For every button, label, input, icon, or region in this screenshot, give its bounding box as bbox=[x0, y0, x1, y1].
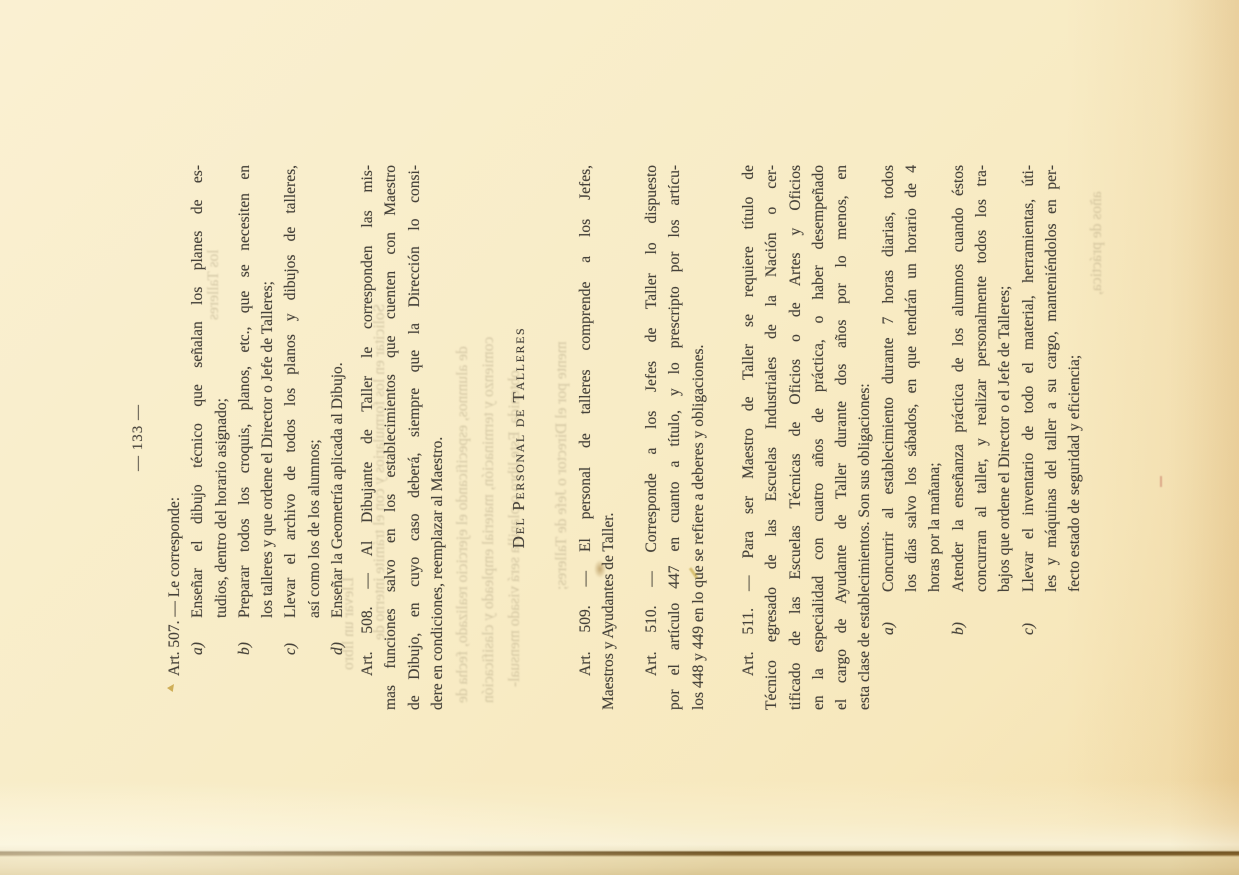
stain bbox=[1160, 476, 1162, 487]
text-line: c)Llevar el inventario de todo el materi… bbox=[1017, 165, 1040, 710]
item-marker: a) bbox=[877, 592, 900, 635]
ghost-text: Llevar un libro bbox=[340, 577, 358, 670]
paragraph-art-507: Art. 507. — Le corresponde: a)Enseñar el… bbox=[163, 165, 349, 710]
line-text: Preparar todos los croquis, planos, etc.… bbox=[236, 165, 253, 618]
text-line: así como los de los alumnos; bbox=[303, 165, 326, 710]
text-line: b)Atender la enseñanza práctica de los a… bbox=[947, 165, 970, 710]
text-line: Maestros y Ayudantes de Taller. bbox=[597, 165, 620, 710]
text-line: fecto estado de seguridad y eficiencia; bbox=[1063, 165, 1086, 710]
ghost-text: mente por el Director o Jefe de Talleres… bbox=[553, 341, 571, 590]
ghost-text: obtenida. Este libro o planilla será vis… bbox=[506, 370, 524, 687]
text-line: en la especialidad con cuatro años de pr… bbox=[807, 165, 830, 710]
text-line: concurran al taller, y realizar personal… bbox=[970, 165, 993, 710]
item-marker: a) bbox=[186, 618, 209, 655]
paragraph-art-511: Art. 511. — Para ser Maestro de Taller s… bbox=[737, 165, 1086, 710]
text-line: a)Enseñar el dibujo técnico que señalan … bbox=[186, 165, 209, 710]
ghost-text: comienzo y terminación, material emplead… bbox=[480, 337, 498, 703]
text-line: les y máquinas del taller a su cargo, ma… bbox=[1040, 165, 1063, 710]
text-line: Art. 507. — Le corresponde: bbox=[163, 165, 186, 710]
line-text: Concurrir al establecimiento durante 7 h… bbox=[880, 165, 897, 592]
ghost-text: de alumnos, especificando el ejercicio r… bbox=[454, 346, 472, 703]
item-marker: c) bbox=[1017, 592, 1040, 635]
text-line: por el artículo 447 en cuanto a título, … bbox=[663, 165, 686, 710]
ghost-text: los Talleres bbox=[205, 249, 223, 320]
gutter-shadow bbox=[1169, 0, 1239, 875]
item-marker: b) bbox=[947, 592, 970, 635]
book-scan: — 133 — Art. 507. — Le corresponde: a)En… bbox=[0, 0, 1239, 875]
text-line: esta clase de establecimientos. Son sus … bbox=[853, 165, 876, 710]
text-line: tificado de las Escuelas Técnicas de Ofi… bbox=[784, 165, 807, 710]
text-line: tudios, dentro del horario asignado; bbox=[210, 165, 233, 710]
paragraph-art-510: Art. 510. — Corresponde a los Jefes de T… bbox=[640, 165, 710, 710]
text-line: los talleres y que ordene el Director o … bbox=[256, 165, 279, 710]
text-line: Art. 511. — Para ser Maestro de Taller s… bbox=[737, 165, 760, 710]
text-line: el cargo de Ayudante de Taller durante d… bbox=[830, 165, 853, 710]
text-line: bajos que ordene el Director o el Jefe d… bbox=[993, 165, 1016, 710]
text-line: Art. 510. — Corresponde a los Jefes de T… bbox=[640, 165, 663, 710]
ghost-text: Solicitar en los formularios y con el tr… bbox=[371, 304, 389, 640]
text-line: dere en condiciones, reemplazar al Maest… bbox=[426, 165, 449, 710]
page: — 133 — Art. 507. — Le corresponde: a)En… bbox=[0, 0, 1239, 875]
item-marker: c) bbox=[279, 618, 302, 655]
line-text: Atender la enseñanza práctica de los alu… bbox=[950, 165, 967, 592]
text-line: los días salvo los sábados, en que tendr… bbox=[900, 165, 923, 710]
line-text: Llevar el archivo de todos los planos y … bbox=[282, 165, 299, 618]
text-line: Art. 509. — El personal de talleres comp… bbox=[574, 165, 597, 710]
line-text: Llevar el inventario de todo el material… bbox=[1020, 165, 1037, 592]
text-line: de Dibujo, en cuyo caso deberá, siempre … bbox=[403, 165, 426, 710]
text-line: horas por la mañana; bbox=[923, 165, 946, 710]
ghost-text: años de práctica, bbox=[1088, 191, 1106, 295]
page-number: — 133 — bbox=[130, 165, 147, 710]
text-line: b)Preparar todos los croquis, planos, et… bbox=[233, 165, 256, 710]
page-bottom-edge bbox=[0, 780, 1239, 875]
paragraph-art-509: Art. 509. — El personal de talleres comp… bbox=[574, 165, 621, 710]
item-marker: b) bbox=[233, 618, 256, 655]
text-line: c)Llevar el archivo de todos los planos … bbox=[279, 165, 302, 710]
line-text: Enseñar el dibujo técnico que señalan lo… bbox=[189, 165, 206, 618]
text-line: los 448 y 449 en lo que se refiere a deb… bbox=[687, 165, 710, 710]
paragraph-art-508: Art. 508. — Al Dibujante de Taller le co… bbox=[356, 165, 449, 710]
text-line: Técnico egresado de las Escuelas Industr… bbox=[760, 165, 783, 710]
text-line: a)Concurrir al establecimiento durante 7… bbox=[877, 165, 900, 710]
stain bbox=[594, 560, 606, 578]
